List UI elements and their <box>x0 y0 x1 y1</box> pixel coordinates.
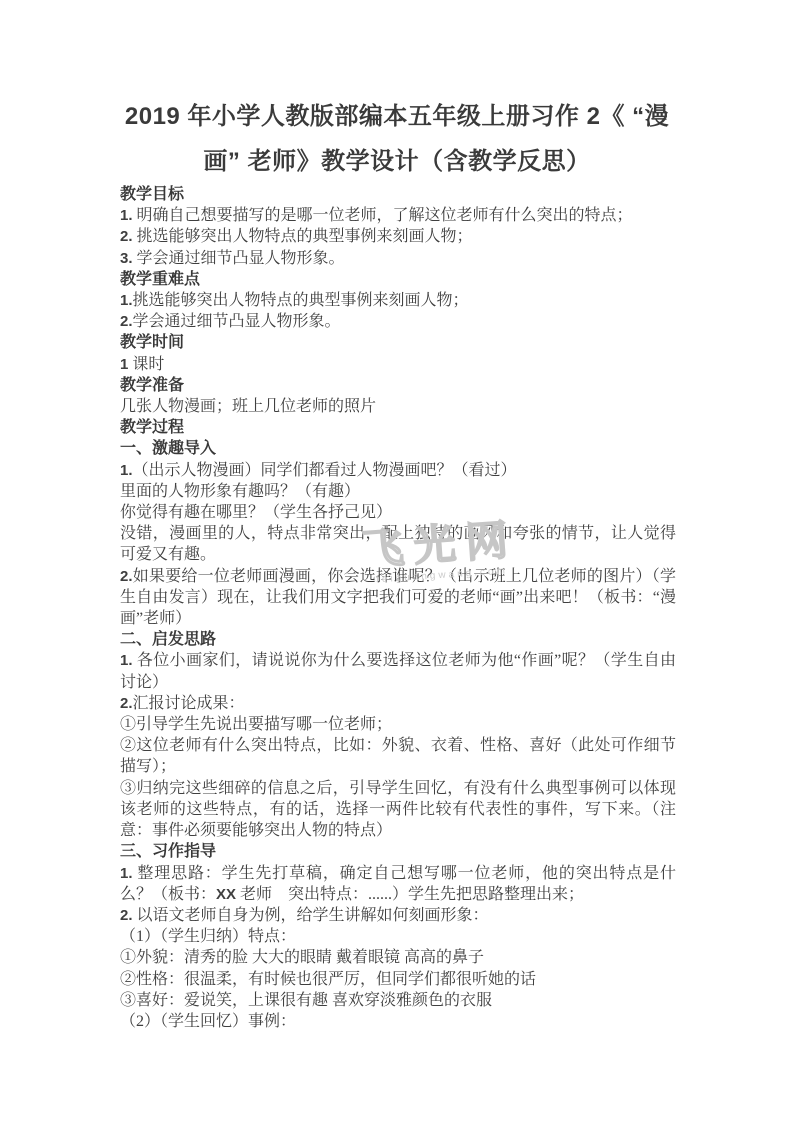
body-paragraph: 1 课时 <box>120 354 676 375</box>
section-heading: 二、启发思路 <box>120 629 676 650</box>
body-paragraph: 3. 学会通过细节凸显人物形象。 <box>120 248 676 269</box>
section-heading: 教学准备 <box>120 375 676 396</box>
document-body: 教学目标1. 明确自己想要描写的是哪一位老师，了解这位老师有什么突出的特点；2.… <box>120 184 676 1032</box>
body-paragraph: 没错，漫画里的人，特点非常突出，配上独特的画风和夸张的情节，让人觉得可爱又有趣。 <box>120 523 676 565</box>
bold-run: 1. <box>120 462 133 479</box>
text-run: 里面的人物形象有趣吗？（有趣） <box>120 483 360 500</box>
text-run: 挑选能够突出人物特点的典型事例来刻画人物； <box>133 228 473 245</box>
body-paragraph: ③喜好：爱说笑，上课很有趣 喜欢穿淡雅颜色的衣服 <box>120 990 676 1011</box>
title-line-1: 2019 年小学人教版部编本五年级上册习作 2《 “漫 <box>104 94 690 139</box>
text-run: 教学准备 <box>120 377 184 394</box>
text-run: 老师 突出特点：......）学生先把思路整理出来； <box>236 886 584 903</box>
text-run: ②这位老师有什么突出特点，比如：外貌、衣着、性格、喜好（此处可作细节描写）； <box>120 737 676 775</box>
text-run: 学会通过细节凸显人物形象。 <box>133 313 341 330</box>
section-heading: 三、习作指导 <box>120 841 676 862</box>
bold-run: 2. <box>120 568 133 585</box>
body-paragraph: 1.（出示人物漫画）同学们都看过人物漫画吧？（看过） <box>120 460 676 481</box>
body-paragraph: 1. 明确自己想要描写的是哪一位老师，了解这位老师有什么突出的特点； <box>120 205 676 226</box>
text-run: ③喜好：爱说笑，上课很有趣 喜欢穿淡雅颜色的衣服 <box>120 992 492 1009</box>
section-heading: 教学目标 <box>120 184 676 205</box>
bold-run: 2. <box>120 695 133 712</box>
text-run: ②性格：很温柔，有时候也很严厉，但同学们都很听她的话 <box>120 971 536 988</box>
body-paragraph: ①引导学生先说出要描写哪一位老师； <box>120 714 676 735</box>
body-paragraph: 2. 以语文老师自身为例，给学生讲解如何刻画形象： <box>120 905 676 926</box>
bold-run: 3. <box>120 250 133 267</box>
body-paragraph: ②性格：很温柔，有时候也很严厉，但同学们都很听她的话 <box>120 969 676 990</box>
text-run: 挑选能够突出人物特点的典型事例来刻画人物； <box>133 292 469 309</box>
text-run: 你觉得有趣在哪里？（学生各抒己见） <box>120 504 392 521</box>
text-run: 教学时间 <box>120 334 184 351</box>
text-run: 三、习作指导 <box>120 843 216 860</box>
body-paragraph: 你觉得有趣在哪里？（学生各抒己见） <box>120 502 676 523</box>
bold-run: 2. <box>120 313 133 330</box>
text-run: ③归纳完这些细碎的信息之后，引导学生回忆，有没有什么典型事例可以体现该老师的这些… <box>120 780 676 839</box>
body-paragraph: 2. 挑选能够突出人物特点的典型事例来刻画人物； <box>120 226 676 247</box>
body-paragraph: 1. 整理思路：学生先打草稿，确定自己想写哪一位老师，他的突出特点是什么？（板书… <box>120 863 676 905</box>
body-paragraph: ①外貌：清秀的脸 大大的眼睛 戴着眼镜 高高的鼻子 <box>120 947 676 968</box>
bold-run: 1. <box>120 652 133 669</box>
bold-run: 1. <box>120 292 133 309</box>
body-paragraph: 1.挑选能够突出人物特点的典型事例来刻画人物； <box>120 290 676 311</box>
bold-run: 1. <box>120 207 133 224</box>
text-run: 学会通过细节凸显人物形象。 <box>133 250 345 267</box>
text-run: ①外貌：清秀的脸 大大的眼睛 戴着眼镜 高高的鼻子 <box>120 949 484 966</box>
title-line-2: 画” 老师》教学设计（含教学反思） <box>104 139 690 184</box>
text-run: 没错，漫画里的人，特点非常突出，配上独特的画风和夸张的情节，让人觉得可爱又有趣。 <box>120 525 676 563</box>
text-run: ①引导学生先说出要描写哪一位老师； <box>120 716 392 733</box>
text-run: 教学过程 <box>120 419 184 436</box>
body-paragraph: （1）（学生归纳）特点： <box>120 926 676 947</box>
bold-run: 1. <box>120 865 133 882</box>
text-run: 几张人物漫画；班上几位老师的照片 <box>120 398 376 415</box>
document-title: 2019 年小学人教版部编本五年级上册习作 2《 “漫 画” 老师》教学设计（含… <box>104 94 690 184</box>
body-paragraph: 里面的人物形象有趣吗？（有趣） <box>120 481 676 502</box>
text-run: （1）（学生归纳）特点： <box>120 928 296 945</box>
text-run: 以语文老师自身为例，给学生讲解如何刻画形象： <box>133 907 489 924</box>
body-paragraph: 2.如果要给一位老师画漫画，你会选择谁呢？（出示班上几位老师的图片）（学生自由发… <box>120 566 676 630</box>
text-run: 课时 <box>128 356 164 373</box>
body-paragraph: （2）（学生回忆）事例： <box>120 1011 676 1032</box>
text-run: 汇报讨论成果： <box>133 695 245 712</box>
document-page: 2019 年小学人教版部编本五年级上册习作 2《 “漫 画” 老师》教学设计（含… <box>0 0 793 1122</box>
section-heading: 教学过程 <box>120 417 676 438</box>
body-paragraph: 2.汇报讨论成果： <box>120 693 676 714</box>
text-run: （出示人物漫画）同学们都看过人物漫画吧？（看过） <box>133 462 517 479</box>
body-paragraph: 2.学会通过细节凸显人物形象。 <box>120 311 676 332</box>
body-paragraph: 几张人物漫画；班上几位老师的照片 <box>120 396 676 417</box>
text-run: 一、激趣导入 <box>120 440 216 457</box>
section-heading: 教学重难点 <box>120 269 676 290</box>
bold-run: 2. <box>120 907 133 924</box>
bold-run: XX <box>216 886 236 903</box>
text-run: （2）（学生回忆）事例： <box>120 1013 296 1030</box>
text-run: 二、启发思路 <box>120 631 216 648</box>
text-run: 如果要给一位老师画漫画，你会选择谁呢？（出示班上几位老师的图片）（学生自由发言）… <box>120 568 676 627</box>
text-run: 各位小画家们，请说说你为什么要选择这位老师为他“作画”呢？（学生自由讨论） <box>120 652 676 690</box>
text-run: 明确自己想要描写的是哪一位老师，了解这位老师有什么突出的特点； <box>133 207 633 224</box>
body-paragraph: 1. 各位小画家们，请说说你为什么要选择这位老师为他“作画”呢？（学生自由讨论） <box>120 650 676 692</box>
body-paragraph: ②这位老师有什么突出特点，比如：外貌、衣着、性格、喜好（此处可作细节描写）； <box>120 735 676 777</box>
section-heading: 教学时间 <box>120 332 676 353</box>
text-run: 教学重难点 <box>120 271 200 288</box>
section-heading: 一、激趣导入 <box>120 438 676 459</box>
body-paragraph: ③归纳完这些细碎的信息之后，引导学生回忆，有没有什么典型事例可以体现该老师的这些… <box>120 778 676 842</box>
text-run: 教学目标 <box>120 186 184 203</box>
bold-run: 2. <box>120 228 133 245</box>
